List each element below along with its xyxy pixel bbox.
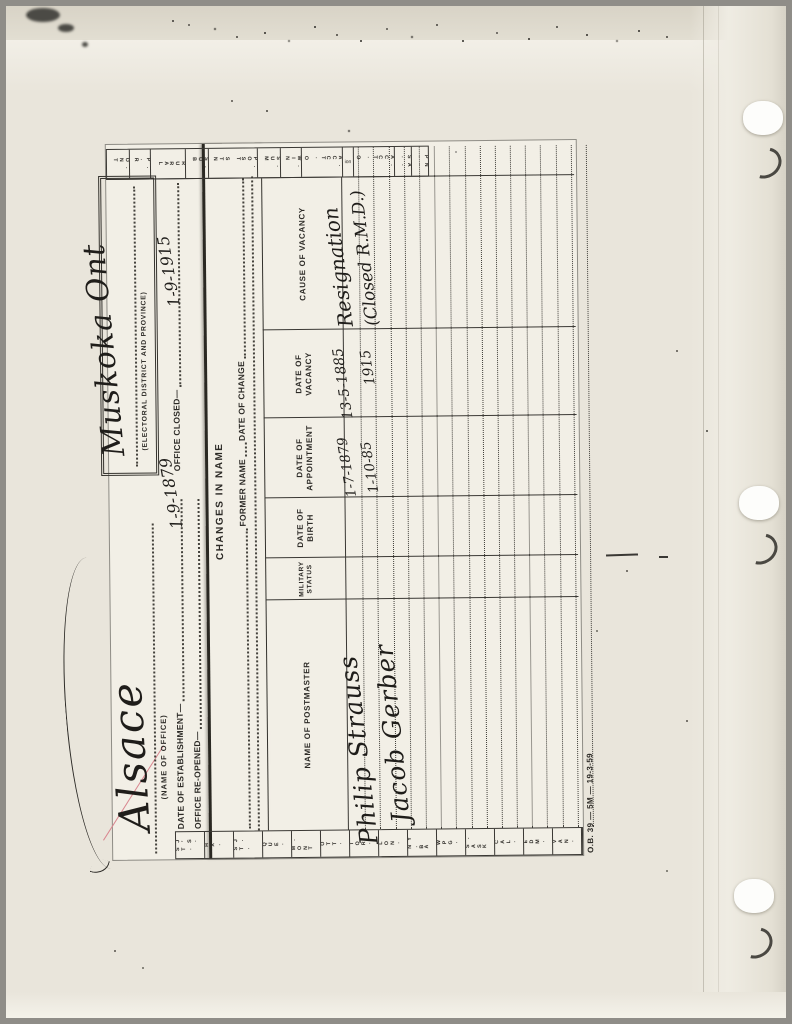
edge-code-cell: RURAL — [151, 149, 186, 178]
form-number: O.B. 39 — 5M — 19-3-59 — [585, 753, 595, 853]
reopened-label: OFFICE RE-OPENED— — [192, 731, 203, 829]
edge-code-cell: ONT. — [107, 150, 130, 179]
district-code-cell: ST. J'S. — [176, 832, 205, 858]
edge-code-cell: ACCT. O. — [302, 147, 343, 176]
edge-code-cell: ACCT. O. — [354, 147, 395, 176]
district-code-cell: HX. — [205, 832, 234, 858]
punch-hole-3 — [734, 879, 774, 913]
page-crease-2 — [718, 6, 719, 1018]
scan-smudge-3 — [82, 42, 88, 47]
punch-hole-1 — [743, 101, 783, 135]
district-code-cell: ST. J. — [234, 831, 263, 857]
col-header-date-of-vacancy: DATE OF VACANCY — [264, 329, 345, 418]
district-code-cell: QUE. — [263, 831, 292, 857]
scan-bottom-band — [6, 992, 786, 1018]
changes-in-name-line: FORMER NAME DATE OF CHANGE — [233, 177, 251, 831]
reopened-line: OFFICE RE-OPENED— — [188, 497, 202, 829]
scan-smudge-2 — [58, 24, 74, 32]
edge-code-cell: SUB. — [186, 149, 209, 178]
edge-code-cell: S.A. — [395, 147, 412, 176]
district-code-cell: SASK. — [466, 829, 495, 855]
scan-top-band — [6, 6, 786, 40]
edge-code-cell: POST STN. — [209, 148, 258, 178]
office-name-handwriting: Alsace — [101, 680, 159, 834]
establishment-line: DATE OF ESTABLISHMENT— — [171, 497, 185, 829]
punch-hole-2 — [739, 486, 779, 520]
col-header-name-of-postmaster: NAME OF POSTMASTER — [267, 599, 349, 830]
changes-in-name-section: CHANGES IN NAME FORMER NAME DATE OF CHAN… — [202, 143, 271, 859]
edge-code-cell: P.N. — [412, 147, 428, 176]
record-card-rotated-wrap: Alsace (NAME OF OFFICE) Muskoka Ont (ELE… — [105, 141, 582, 861]
electoral-district-box: Muskoka Ont (ELECTORAL DISTRICT AND PROV… — [100, 177, 157, 474]
district-code-cell: MONT. — [292, 831, 321, 857]
edge-code-cell: P.R. — [130, 149, 151, 178]
district-code-cell: OTT. — [321, 830, 350, 856]
district-code-cell: EDM. — [524, 828, 553, 854]
changes-mid-leader — [236, 443, 247, 457]
establishment-leader — [171, 499, 184, 701]
changes-extra-ruled-line — [251, 176, 260, 830]
district-ruled-line — [133, 187, 138, 467]
pen-flourish-hook — [90, 857, 110, 876]
date-of-change-leader — [233, 179, 246, 359]
edge-code-cell: SUM. — [258, 148, 281, 177]
office-name-cell: Alsace (NAME OF OFFICE) — [110, 509, 174, 860]
reopened-leader — [188, 499, 201, 729]
former-name-label: FORMER NAME — [237, 459, 248, 527]
establishment-label: DATE OF ESTABLISHMENT— — [175, 703, 186, 829]
stray-dash-2 — [659, 556, 668, 558]
scan-light-band — [6, 40, 786, 92]
office-name-caption: (NAME OF OFFICE) — [159, 714, 169, 799]
closed-line: OFFICE CLOSED— — [168, 181, 182, 471]
district-code-cell: CAL. — [495, 829, 524, 855]
page-crease — [703, 6, 704, 1018]
post-office-record-card: Alsace (NAME OF OFFICE) Muskoka Ont (ELE… — [105, 139, 584, 861]
col-header-military-status: MILITARY STATUS — [266, 557, 346, 600]
district-code-cell: N.BAY — [408, 830, 437, 856]
edge-code-cell: WIN. — [281, 148, 302, 177]
district-code-cell: VAN. — [553, 828, 582, 854]
former-name-leader-left — [237, 529, 251, 829]
scan-smudge-1 — [26, 8, 60, 22]
col-header-date-of-birth: DATE OF BIRTH — [265, 497, 346, 558]
district-code-cell: WPG. — [437, 829, 466, 855]
right-edge-codes: ONT. P.R. RURAL SUB. POST STN. SUM. WIN.… — [106, 146, 429, 180]
closed-label: OFFICE CLOSED— — [171, 390, 182, 472]
edge-code-cell: ion — [343, 147, 354, 176]
district-caption: (ELECTORAL DISTRICT AND PROVINCE) — [140, 291, 149, 450]
col-header-date-of-appointment: DATE OF APPOINTMENT — [265, 417, 346, 498]
district-handwriting: Muskoka Ont — [77, 242, 133, 459]
date-of-change-label: DATE OF CHANGE — [236, 361, 247, 441]
photocopy-page: Alsace (NAME OF OFFICE) Muskoka Ont (ELE… — [0, 0, 792, 1024]
stray-dash-1 — [606, 553, 638, 556]
changes-in-name-title: CHANGES IN NAME — [211, 144, 229, 859]
